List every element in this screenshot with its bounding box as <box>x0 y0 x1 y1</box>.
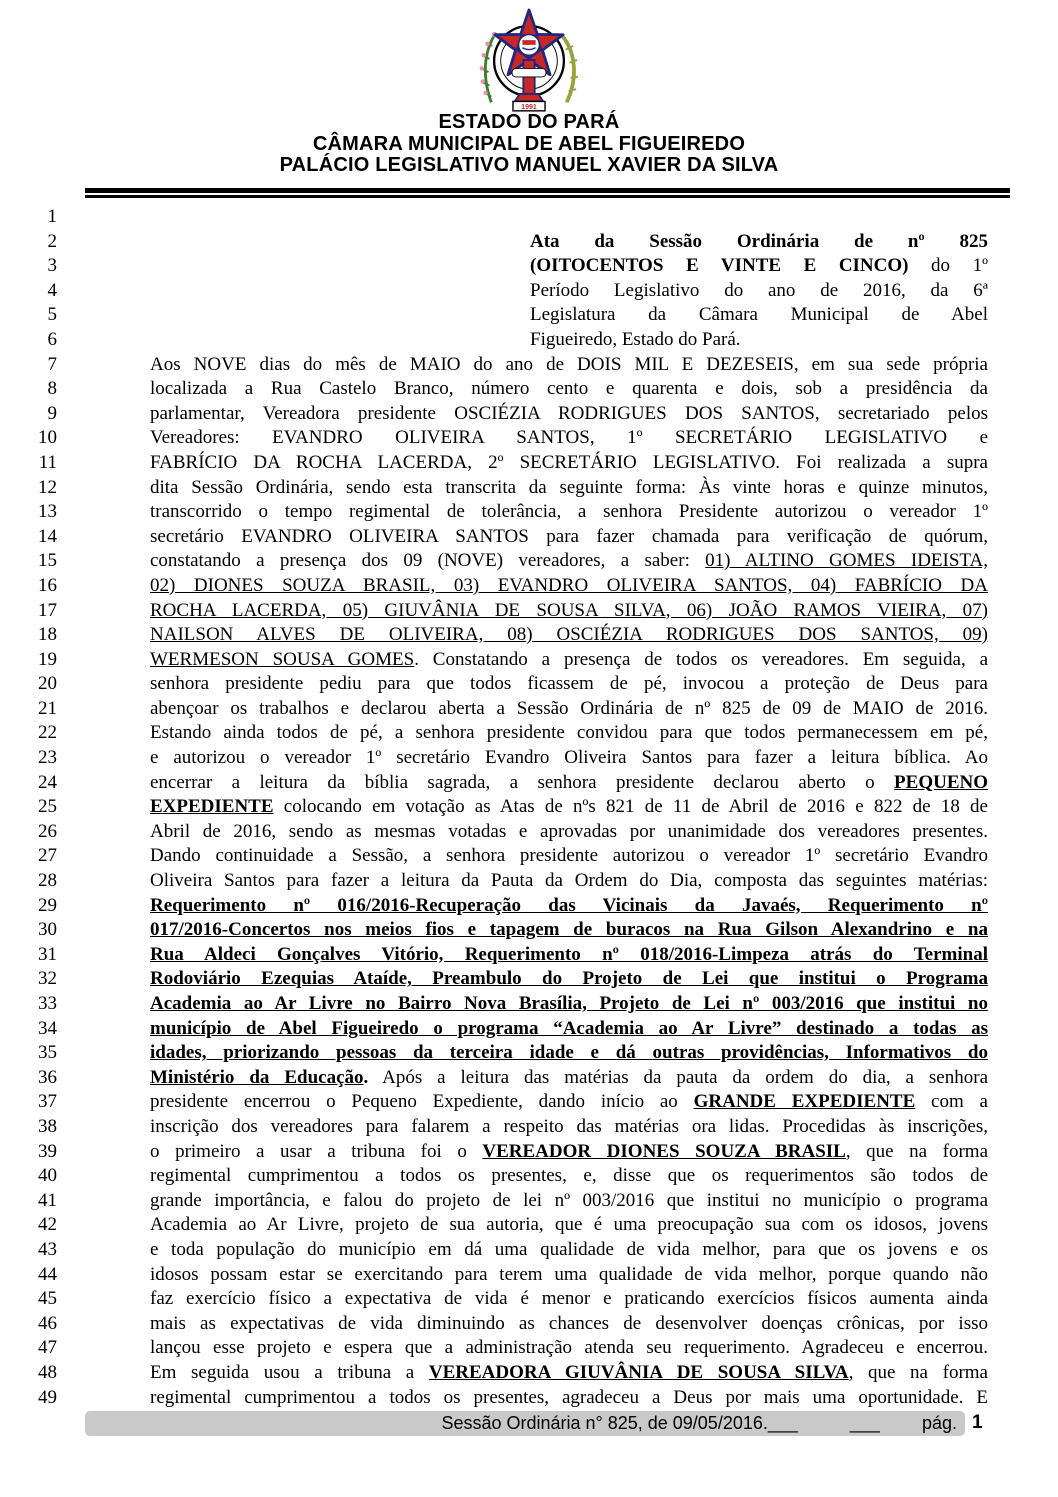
text-run: (OITOCENTOS E VINTE E CINCO) <box>530 255 908 276</box>
line-number: 15 <box>0 549 57 574</box>
text-run: Após a leitura das matérias da pauta da … <box>368 1067 988 1088</box>
text-run: o primeiro a usar a tribuna foi o <box>150 1141 482 1162</box>
text-line: município de Abel Figueiredo o programa … <box>150 1017 988 1042</box>
line-number: 6 <box>0 328 57 353</box>
text-run: município de Abel Figueiredo o programa … <box>150 1018 988 1039</box>
text-line: secretário EVANDRO OLIVEIRA SANTOS para … <box>150 525 988 550</box>
document-page: 1991 ESTADO DO PARÁ CÂMARA MUNICIPAL DE … <box>0 0 1058 1497</box>
text-line: grande importância, e falou do projeto d… <box>150 1189 988 1214</box>
text-run: Rua Aldeci Gonçalves Vitório, Requerimen… <box>150 944 988 965</box>
line-number: 12 <box>0 476 57 501</box>
line-number: 43 <box>0 1238 57 1263</box>
text-run: colocando em votação as Atas de nºs 821 … <box>274 796 988 817</box>
line-number: 41 <box>0 1189 57 1214</box>
body-paragraph: Aos NOVE dias do mês de MAIO do ano de D… <box>150 353 988 1411</box>
text-run: Rodoviário Ezequias Ataíde, Preambulo do… <box>150 968 988 989</box>
text-run: Vereadores: EVANDRO OLIVEIRA SANTOS, 1º … <box>150 427 988 448</box>
text-line: e toda população do município em dá uma … <box>150 1238 988 1263</box>
line-number: 26 <box>0 820 57 845</box>
text-line: presidente encerrou o Pequeno Expediente… <box>150 1090 988 1115</box>
text-line: Rua Aldeci Gonçalves Vitório, Requerimen… <box>150 943 988 968</box>
line-number: 4 <box>0 279 57 304</box>
footer-bar: Sessão Ordinária n° 825, de 09/05/2016._… <box>85 1411 965 1436</box>
footer-blank-field: ___ <box>850 1413 880 1434</box>
line-number: 48 <box>0 1361 57 1386</box>
line-number: 40 <box>0 1164 57 1189</box>
text-line: Academia ao Ar Livre, projeto de sua aut… <box>150 1213 988 1238</box>
text-line: NAILSON ALVES DE OLIVEIRA, 08) OSCIÉZIA … <box>150 623 988 648</box>
text-run: constatando a presença dos 09 (NOVE) ver… <box>150 550 705 571</box>
text-run: VEREADORA GIUVÂNIA DE SOUSA SILVA <box>429 1362 849 1383</box>
text-run: EXPEDIENTE <box>150 796 274 817</box>
line-number: 30 <box>0 918 57 943</box>
text-run: Período Legislativo do ano de 2016, da 6… <box>530 280 988 301</box>
letterhead-palace: PALÁCIO LEGISLATIVO MANUEL XAVIER DA SIL… <box>0 155 1058 177</box>
letterhead: 1991 ESTADO DO PARÁ CÂMARA MUNICIPAL DE … <box>0 0 1058 177</box>
line-number: 29 <box>0 894 57 919</box>
text-run: Estando ainda todos de pé, a senhora pre… <box>150 722 988 743</box>
text-line: Aos NOVE dias do mês de MAIO do ano de D… <box>150 353 988 378</box>
line-number: 47 <box>0 1336 57 1361</box>
text-line: Período Legislativo do ano de 2016, da 6… <box>530 279 988 304</box>
line-number: 27 <box>0 844 57 869</box>
blank-line <box>150 205 988 230</box>
line-number: 38 <box>0 1115 57 1140</box>
text-line: inscrição dos vereadores para falarem a … <box>150 1115 988 1140</box>
text-line: mais as expectativas de vida diminuindo … <box>150 1312 988 1337</box>
line-number: 14 <box>0 525 57 550</box>
text-run: lançou esse projeto e espera que a admin… <box>150 1337 988 1358</box>
text-run: e toda população do município em dá uma … <box>150 1239 988 1260</box>
intro-paragraph: Ata da Sessão Ordinária de nº 825(OITOCE… <box>530 230 988 353</box>
text-line: dita Sessão Ordinária, sendo esta transc… <box>150 476 988 501</box>
text-run: Ministério da Educação <box>150 1067 364 1088</box>
text-run: , que na forma <box>849 1362 988 1383</box>
text-line: Oliveira Santos para fazer a leitura da … <box>150 869 988 894</box>
text-line: encerrar a leitura da bíblia sagrada, a … <box>150 771 988 796</box>
line-number: 8 <box>0 377 57 402</box>
text-run: regimental cumprimentou a todos os prese… <box>150 1165 988 1186</box>
text-run: 02) DIONES SOUZA BRASIL, 03) EVANDRO OLI… <box>150 575 988 596</box>
text-run: transcorrido o tempo regimental de toler… <box>150 501 988 522</box>
text-run: . Constatando a presença de todos os ver… <box>414 649 988 670</box>
text-run: idosos possam estar se exercitando para … <box>150 1264 988 1285</box>
footer-page-label: pág. <box>922 1413 957 1434</box>
line-number: 10 <box>0 426 57 451</box>
text-run: secretário EVANDRO OLIVEIRA SANTOS para … <box>150 526 988 547</box>
document-body: Ata da Sessão Ordinária de nº 825(OITOCE… <box>150 205 988 1410</box>
line-number: 45 <box>0 1287 57 1312</box>
text-run: Requerimento nº 016/2016-Recuperação das… <box>150 895 988 916</box>
text-line: EXPEDIENTE colocando em votação as Atas … <box>150 795 988 820</box>
coat-of-arms-icon: 1991 <box>463 6 595 112</box>
text-run: WERMESON SOUSA GOMES <box>150 649 414 670</box>
line-number: 19 <box>0 648 57 673</box>
text-line: parlamentar, Vereadora presidente OSCIÉZ… <box>150 402 988 427</box>
text-line: Dando continuidade a Sessão, a senhora p… <box>150 844 988 869</box>
line-number: 44 <box>0 1263 57 1288</box>
text-run: inscrição dos vereadores para falarem a … <box>150 1116 988 1137</box>
text-line: Ata da Sessão Ordinária de nº 825 <box>530 230 988 255</box>
text-line: idosos possam estar se exercitando para … <box>150 1263 988 1288</box>
double-rule <box>85 188 1010 198</box>
text-run: presidente encerrou o Pequeno Expediente… <box>150 1091 694 1112</box>
line-number: 7 <box>0 353 57 378</box>
text-line: Estando ainda todos de pé, a senhora pre… <box>150 721 988 746</box>
text-line: Abril de 2016, sendo as mesmas votadas e… <box>150 820 988 845</box>
text-line: 017/2016-Concertos nos meios fios e tapa… <box>150 918 988 943</box>
line-number: 32 <box>0 967 57 992</box>
text-run: do 1º <box>908 255 988 276</box>
text-line: ROCHA LACERDA, 05) GIUVÂNIA DE SOUSA SIL… <box>150 599 988 624</box>
line-number: 31 <box>0 943 57 968</box>
line-number: 16 <box>0 574 57 599</box>
line-number: 25 <box>0 795 57 820</box>
line-number: 24 <box>0 771 57 796</box>
line-number: 39 <box>0 1140 57 1165</box>
text-run: abençoar os trabalhos e declarou aberta … <box>150 698 988 719</box>
text-line: Rodoviário Ezequias Ataíde, Preambulo do… <box>150 967 988 992</box>
text-run: regimental cumprimentou a todos os prese… <box>150 1387 988 1408</box>
line-number: 22 <box>0 721 57 746</box>
line-number: 33 <box>0 992 57 1017</box>
text-run: e autorizou o vereador 1º secretário Eva… <box>150 747 988 768</box>
page-number: 1 <box>972 1412 983 1434</box>
line-number: 35 <box>0 1041 57 1066</box>
text-line: Legislatura da Câmara Municipal de Abel <box>530 303 988 328</box>
line-number: 17 <box>0 599 57 624</box>
text-line: lançou esse projeto e espera que a admin… <box>150 1336 988 1361</box>
text-line: WERMESON SOUSA GOMES. Constatando a pres… <box>150 648 988 673</box>
text-run: PEQUENO <box>894 772 988 793</box>
text-run: GRANDE EXPEDIENTE <box>694 1091 916 1112</box>
text-line: localizada a Rua Castelo Branco, número … <box>150 377 988 402</box>
text-run: faz exercício físico a expectativa de vi… <box>150 1288 988 1309</box>
text-line: regimental cumprimentou a todos os prese… <box>150 1164 988 1189</box>
text-run: mais as expectativas de vida diminuindo … <box>150 1313 988 1334</box>
line-number: 28 <box>0 869 57 894</box>
line-number: 3 <box>0 254 57 279</box>
text-line: Vereadores: EVANDRO OLIVEIRA SANTOS, 1º … <box>150 426 988 451</box>
text-line: Academia ao Ar Livre no Bairro Nova Bras… <box>150 992 988 1017</box>
text-line: (OITOCENTOS E VINTE E CINCO) do 1º <box>530 254 988 279</box>
text-run: encerrar a leitura da bíblia sagrada, a … <box>150 772 894 793</box>
text-run: Ata da Sessão Ordinária de nº 825 <box>530 231 988 252</box>
line-number: 20 <box>0 672 57 697</box>
emblem-year: 1991 <box>521 104 537 111</box>
text-run: FABRÍCIO DA ROCHA LACERDA, 2º SECRETÁRIO… <box>150 452 988 473</box>
line-number: 1 <box>0 205 57 230</box>
text-run: ROCHA LACERDA, 05) GIUVÂNIA DE SOUSA SIL… <box>150 600 988 621</box>
text-line: o primeiro a usar a tribuna foi o VEREAD… <box>150 1140 988 1165</box>
text-line: Figueiredo, Estado do Pará. <box>530 328 988 353</box>
line-number: 21 <box>0 697 57 722</box>
text-run: parlamentar, Vereadora presidente OSCIÉZ… <box>150 403 988 424</box>
line-number: 37 <box>0 1090 57 1115</box>
line-number: 11 <box>0 451 57 476</box>
text-run: 01) ALTINO GOMES IDEISTA, <box>705 550 988 571</box>
line-number-column: 1234567891011121314151617181920212223242… <box>0 205 57 1410</box>
text-run: idades, priorizando pessoas da terceira … <box>150 1042 988 1063</box>
text-line: constatando a presença dos 09 (NOVE) ver… <box>150 549 988 574</box>
text-run: dita Sessão Ordinária, sendo esta transc… <box>150 477 988 498</box>
line-number: 9 <box>0 402 57 427</box>
text-line: Ministério da Educação. Após a leitura d… <box>150 1066 988 1091</box>
line-number: 13 <box>0 500 57 525</box>
letterhead-municipality: CÂMARA MUNICIPAL DE ABEL FIGUEIREDO <box>0 134 1058 156</box>
text-run: 017/2016-Concertos nos meios fios e tapa… <box>150 919 988 940</box>
text-run: VEREADOR DIONES SOUZA BRASIL <box>482 1141 845 1162</box>
text-run: Dando continuidade a Sessão, a senhora p… <box>150 845 988 866</box>
text-line: e autorizou o vereador 1º secretário Eva… <box>150 746 988 771</box>
text-run: Figueiredo, Estado do Pará. <box>530 329 741 350</box>
text-run: com a <box>915 1091 988 1112</box>
text-run: localizada a Rua Castelo Branco, número … <box>150 378 988 399</box>
letterhead-state: ESTADO DO PARÁ <box>0 112 1058 134</box>
text-line: idades, priorizando pessoas da terceira … <box>150 1041 988 1066</box>
text-run: Oliveira Santos para fazer a leitura da … <box>150 870 988 891</box>
text-line: abençoar os trabalhos e declarou aberta … <box>150 697 988 722</box>
line-number: 36 <box>0 1066 57 1091</box>
text-line: Em seguida usou a tribuna a VEREADORA GI… <box>150 1361 988 1386</box>
line-number: 18 <box>0 623 57 648</box>
text-run: Abril de 2016, sendo as mesmas votadas e… <box>150 821 988 842</box>
text-run: Academia ao Ar Livre no Bairro Nova Bras… <box>150 993 988 1014</box>
text-line: faz exercício físico a expectativa de vi… <box>150 1287 988 1312</box>
line-number: 2 <box>0 230 57 255</box>
text-run: grande importância, e falou do projeto d… <box>150 1190 988 1211</box>
line-number: 34 <box>0 1017 57 1042</box>
text-run: Legislatura da Câmara Municipal de Abel <box>530 304 988 325</box>
line-number: 46 <box>0 1312 57 1337</box>
text-line: senhora presidente pediu para que todos … <box>150 672 988 697</box>
text-run: Aos NOVE dias do mês de MAIO do ano de D… <box>150 354 988 375</box>
line-number: 23 <box>0 746 57 771</box>
text-line: FABRÍCIO DA ROCHA LACERDA, 2º SECRETÁRIO… <box>150 451 988 476</box>
text-run: Academia ao Ar Livre, projeto de sua aut… <box>150 1214 988 1235</box>
text-line: transcorrido o tempo regimental de toler… <box>150 500 988 525</box>
line-number: 49 <box>0 1386 57 1411</box>
text-run: Em seguida usou a tribuna a <box>150 1362 429 1383</box>
text-run: NAILSON ALVES DE OLIVEIRA, 08) OSCIÉZIA … <box>150 624 988 645</box>
footer-session-label: Sessão Ordinária n° 825, de 09/05/2016._… <box>441 1413 797 1434</box>
line-number: 42 <box>0 1213 57 1238</box>
text-line: Requerimento nº 016/2016-Recuperação das… <box>150 894 988 919</box>
line-number: 5 <box>0 303 57 328</box>
text-run: , que na forma <box>846 1141 988 1162</box>
text-line: regimental cumprimentou a todos os prese… <box>150 1386 988 1411</box>
text-run: senhora presidente pediu para que todos … <box>150 673 988 694</box>
text-line: 02) DIONES SOUZA BRASIL, 03) EVANDRO OLI… <box>150 574 988 599</box>
